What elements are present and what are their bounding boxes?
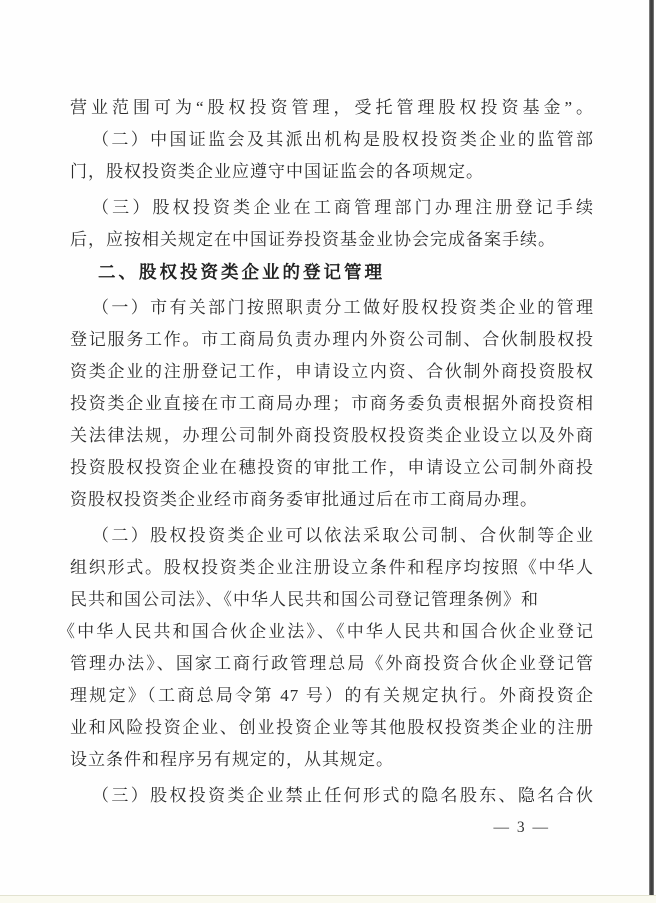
text-line: （三）股权投资类企业在工商管理部门办理注册登记手续 — [70, 192, 594, 224]
text-line: 营业范围可为“股权投资管理，受托管理股权投资基金”。 — [70, 92, 594, 124]
text-line: 资股权投资类企业经市商务委审批通过后在市工商局办理。 — [70, 484, 594, 516]
text-line: 投资类企业直接在市工商局办理；市商务委负责根据外商投资相 — [70, 388, 594, 420]
text-line: （三）股权投资类企业禁止任何形式的隐名股东、隐名合伙 — [70, 780, 594, 812]
text-line: （二）中国证监会及其派出机构是股权投资类企业的监管部 — [70, 124, 594, 156]
document-text-block: 营业范围可为“股权投资管理，受托管理股权投资基金”。 （二）中国证监会及其派出机… — [70, 92, 594, 844]
scan-bottom-strip — [0, 895, 656, 903]
scanned-document-page: 营业范围可为“股权投资管理，受托管理股权投资基金”。 （二）中国证监会及其派出机… — [0, 0, 656, 903]
text-line: 登记服务工作。市工商局负责办理内外资公司制、合伙制股权投 — [70, 324, 594, 356]
text-line: 关法律法规，办理公司制外商投资股权投资类企业设立以及外商 — [70, 420, 594, 452]
text-line: 门，股权投资类企业应遵守中国证监会的各项规定。 — [70, 156, 594, 188]
scan-right-edge-line — [649, 0, 654, 903]
text-line: 《中华人民共和国合伙企业法》、《中华人民共和国合伙企业登记 — [58, 616, 594, 648]
section-heading: 二、股权投资类企业的登记管理 — [70, 256, 594, 288]
text-line: 业和风险投资企业、创业投资企业等其他股权投资类企业的注册 — [70, 712, 594, 744]
text-line: 资类企业的注册登记工作，申请设立内资、合伙制外商投资股权 — [70, 356, 594, 388]
text-line: 民共和国公司法》、《中华人民共和国公司登记管理条例》和 — [70, 584, 594, 616]
text-line: （二）股权投资类企业可以依法采取公司制、合伙制等企业 — [70, 520, 594, 552]
text-line: 理规定》（工商总局令第 47 号）的有关规定执行。外商投资企 — [70, 680, 594, 712]
text-line: 组织形式。股权投资类企业注册设立条件和程序均按照《中华人 — [70, 552, 594, 584]
text-line: 设立条件和程序另有规定的，从其规定。 — [70, 744, 594, 776]
text-line: 投资股权投资企业在穗投资的审批工作，申请设立公司制外商投 — [70, 452, 594, 484]
page-number: — 3 — — [70, 812, 594, 844]
text-line: 管理办法》、国家工商行政管理总局《外商投资合伙企业登记管 — [70, 648, 594, 680]
text-line: 后，应按相关规定在中国证券投资基金业协会完成备案手续。 — [70, 224, 594, 256]
text-line: （一）市有关部门按照职责分工做好股权投资类企业的管理 — [70, 292, 594, 324]
